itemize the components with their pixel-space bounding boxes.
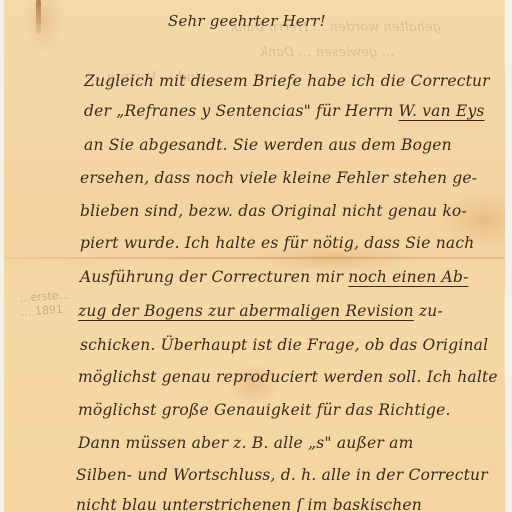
letter-line-4: ersehen, dass noch viele kleine Fehler s… bbox=[80, 169, 477, 187]
letter-line-1: Zugleich mit diesem Briefe habe ich die … bbox=[84, 72, 490, 90]
salutation: Sehr geehrter Herr! bbox=[168, 12, 326, 30]
letter-line-9: schicken. Überhaupt ist die Frage, ob da… bbox=[80, 336, 488, 354]
line-text: Ausführung der Correcturen mir bbox=[80, 268, 348, 286]
letter-line-10: möglichst genau reproduciert werden soll… bbox=[78, 368, 498, 386]
line-text: zu- bbox=[414, 302, 443, 320]
letter-line-3: an Sie abgesandt. Sie werden aus dem Bog… bbox=[84, 136, 452, 154]
letter-line-14: nicht blau unterstrichenen ſ im baskisch… bbox=[76, 496, 422, 512]
letter-line-5: blieben sind, bezw. das Original nicht g… bbox=[80, 202, 467, 220]
line-text: der „Refranes y Sentencias" für Herrn bbox=[84, 102, 399, 120]
letter-line-6: piert wurde. Ich halte es für nötig, das… bbox=[80, 234, 474, 252]
underlined-word: nicht bbox=[76, 496, 117, 512]
underlined-phrase: noch einen Ab- bbox=[348, 268, 468, 286]
blue-underlined-word: blau bbox=[122, 496, 157, 512]
letter-line-8: zug der Bogens zur abermaligen Revision … bbox=[78, 302, 443, 320]
paper-fold-line bbox=[4, 257, 505, 259]
underlined-phrase: zug der Bogens zur abermaligen Revision bbox=[78, 302, 414, 320]
margin-pencil-note: …erste… … 1891 bbox=[19, 288, 71, 319]
line-text: unterstrichenen ſ im baskischen bbox=[157, 496, 422, 512]
letter-line-11: möglichst große Genauigkeit für das Rich… bbox=[78, 401, 451, 419]
letter-line-12: Dann müssen aber z. B. alle „s" außer am bbox=[78, 434, 414, 452]
letter-line-2: der „Refranes y Sentencias" für Herrn W.… bbox=[84, 102, 485, 120]
ink-stain bbox=[36, 0, 41, 34]
bleed-through-text: … gewiesen … Dank bbox=[260, 45, 395, 60]
letter-line-7: Ausführung der Correcturen mir noch eine… bbox=[80, 268, 469, 286]
underlined-name: W. van Eys bbox=[399, 102, 485, 120]
letter-line-13: Silben- und Wortschluss, d. h. alle in d… bbox=[76, 466, 488, 484]
